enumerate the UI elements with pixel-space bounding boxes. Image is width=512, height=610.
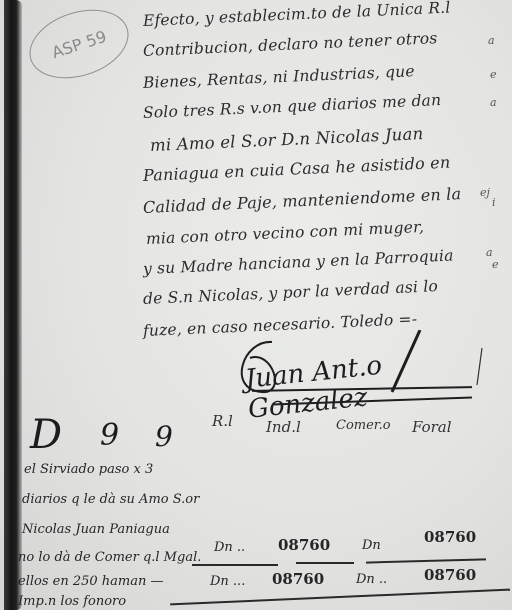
body-line: Calidad de Paje, manteniendome en la <box>143 184 462 217</box>
ledger-header-comercio: Comer.o <box>336 418 391 433</box>
archive-stamp: ASP 59 <box>21 0 138 90</box>
ledger-rule <box>296 562 354 564</box>
ledger-header-foral: Foral <box>412 418 452 436</box>
margin-note: a <box>488 34 495 47</box>
ledger-row-2-prefix: Dn ... <box>210 574 245 589</box>
margin-note: e <box>492 258 499 271</box>
ledger-header-industrial: Ind.l <box>266 418 301 436</box>
ledger-row-2-amount-2: 08760 <box>424 566 476 584</box>
body-line: de S.n Nicolas, y por la verdad asi lo <box>143 277 439 308</box>
body-line-partial: · · · · · · · · <box>148 0 218 6</box>
margin-note: a <box>486 246 493 259</box>
ledger-row-1-amount-2: 08760 <box>424 528 476 546</box>
margin-note: a <box>490 96 497 109</box>
body-line: Solo tres R.s v.on que diarios me dan <box>143 91 442 122</box>
margin-note: i <box>492 196 496 209</box>
ledger-row-1-amount-1: 08760 <box>278 536 330 554</box>
ledger-note: ellos en 250 haman — <box>18 574 164 589</box>
document-page: ASP 59 · · · · · · · · Efecto, y estable… <box>0 0 512 610</box>
ledger-rule <box>192 564 278 566</box>
ledger-row-1-prefix: Dn .. <box>214 540 245 555</box>
ledger-header-real: R.l <box>212 412 233 430</box>
body-line: mi Amo el S.or D.n Nicolas Juan <box>150 124 424 155</box>
ledger-mark: D <box>30 412 62 458</box>
signature-block: Juan Ant.o Gonzalez <box>232 330 492 410</box>
ledger-row-2-amount-1: 08760 <box>272 570 324 588</box>
margin-note: ej <box>480 186 490 199</box>
ledger-note: diarios q le dà su Amo S.or <box>22 492 199 507</box>
ledger-mark: 9 <box>100 418 119 453</box>
ledger-note: Imp.n los fonoro <box>18 594 126 609</box>
ledger-note: el Sirviado paso x 3 <box>24 462 153 477</box>
body-line: Efecto, y establecim.to de la Unica R.l <box>143 0 451 30</box>
ledger-mark: 9 <box>155 420 173 453</box>
ledger-note: Nicolas Juan Paniagua <box>22 522 170 537</box>
margin-note: e <box>490 68 497 81</box>
body-line: Bienes, Rentas, ni Industrias, que <box>143 62 415 92</box>
ledger-row-1-prefix-2: Dn <box>362 538 381 553</box>
ledger-rule <box>170 589 510 605</box>
ledger-note: no lo dà de Comer q.l Mgal. <box>18 550 201 565</box>
stamp-label: ASP 59 <box>49 26 108 61</box>
body-line: Paniagua en cuia Casa he asistido en <box>143 153 451 185</box>
body-line: mia con otro vecino con mi muger, <box>146 218 425 248</box>
binding-shadow <box>4 0 22 610</box>
ledger-rule <box>366 558 486 563</box>
body-line: y su Madre hanciana y en la Parroquia <box>143 246 454 278</box>
ledger-row-2-prefix-2: Dn .. <box>356 572 387 587</box>
body-line: Contribucion, declaro no tener otros <box>143 29 438 60</box>
